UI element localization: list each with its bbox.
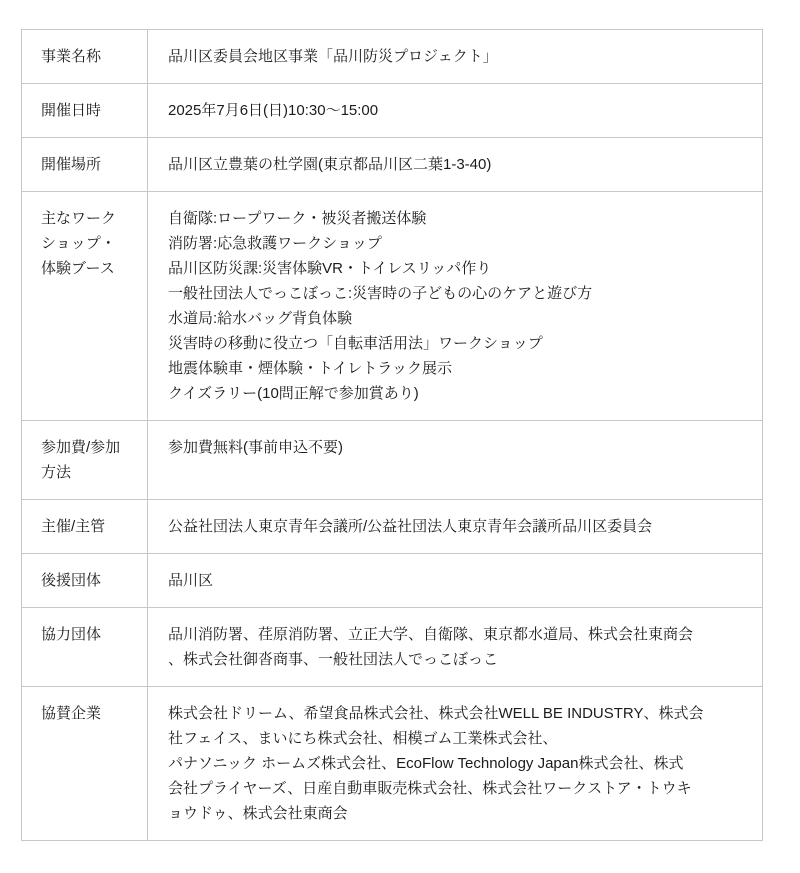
table-row: 後援団体 品川区 xyxy=(22,554,763,608)
row-label-cooperators: 協力団体 xyxy=(22,608,148,687)
row-value-project-name: 品川区委員会地区事業「品川防災プロジェクト」 xyxy=(148,30,763,84)
table-row: 事業名称 品川区委員会地区事業「品川防災プロジェクト」 xyxy=(22,30,763,84)
event-info-table: 事業名称 品川区委員会地区事業「品川防災プロジェクト」 開催日時 2025年7月… xyxy=(21,29,763,841)
row-value-supporter: 品川区 xyxy=(148,554,763,608)
event-detail-page: 事業名称 品川区委員会地区事業「品川防災プロジェクト」 開催日時 2025年7月… xyxy=(0,0,800,873)
row-label-project-name: 事業名称 xyxy=(22,30,148,84)
row-value-workshops: 自衛隊:ロープワーク・被災者搬送体験 消防署:応急救護ワークショップ 品川区防災… xyxy=(148,192,763,421)
table-row: 開催場所 品川区立豊葉の杜学園(東京都品川区二葉1-3-40) xyxy=(22,138,763,192)
table-row: 協力団体 品川消防署、荏原消防署、立正大学、自衛隊、東京都水道局、株式会社東商会… xyxy=(22,608,763,687)
table-row: 参加費/参加 方法 参加費無料(事前申込不要) xyxy=(22,421,763,500)
row-value-sponsors: 株式会社ドリーム、希望食品株式会社、株式会社WELL BE INDUSTRY、株… xyxy=(148,687,763,841)
row-label-event-venue: 開催場所 xyxy=(22,138,148,192)
row-value-organizer: 公益社団法人東京青年会議所/公益社団法人東京青年会議所品川区委員会 xyxy=(148,500,763,554)
row-value-fee-entry: 参加費無料(事前申込不要) xyxy=(148,421,763,500)
table-row: 主催/主管 公益社団法人東京青年会議所/公益社団法人東京青年会議所品川区委員会 xyxy=(22,500,763,554)
table-row: 主なワーク ショップ・ 体験ブース 自衛隊:ロープワーク・被災者搬送体験 消防署… xyxy=(22,192,763,421)
row-value-cooperators: 品川消防署、荏原消防署、立正大学、自衛隊、東京都水道局、株式会社東商会 、株式会… xyxy=(148,608,763,687)
row-label-fee-entry: 参加費/参加 方法 xyxy=(22,421,148,500)
row-label-event-datetime: 開催日時 xyxy=(22,84,148,138)
table-row: 協賛企業 株式会社ドリーム、希望食品株式会社、株式会社WELL BE INDUS… xyxy=(22,687,763,841)
row-label-sponsors: 協賛企業 xyxy=(22,687,148,841)
row-value-event-datetime: 2025年7月6日(日)10:30〜15:00 xyxy=(148,84,763,138)
table-row: 開催日時 2025年7月6日(日)10:30〜15:00 xyxy=(22,84,763,138)
row-label-supporter: 後援団体 xyxy=(22,554,148,608)
row-label-organizer: 主催/主管 xyxy=(22,500,148,554)
row-value-event-venue: 品川区立豊葉の杜学園(東京都品川区二葉1-3-40) xyxy=(148,138,763,192)
row-label-workshops: 主なワーク ショップ・ 体験ブース xyxy=(22,192,148,421)
